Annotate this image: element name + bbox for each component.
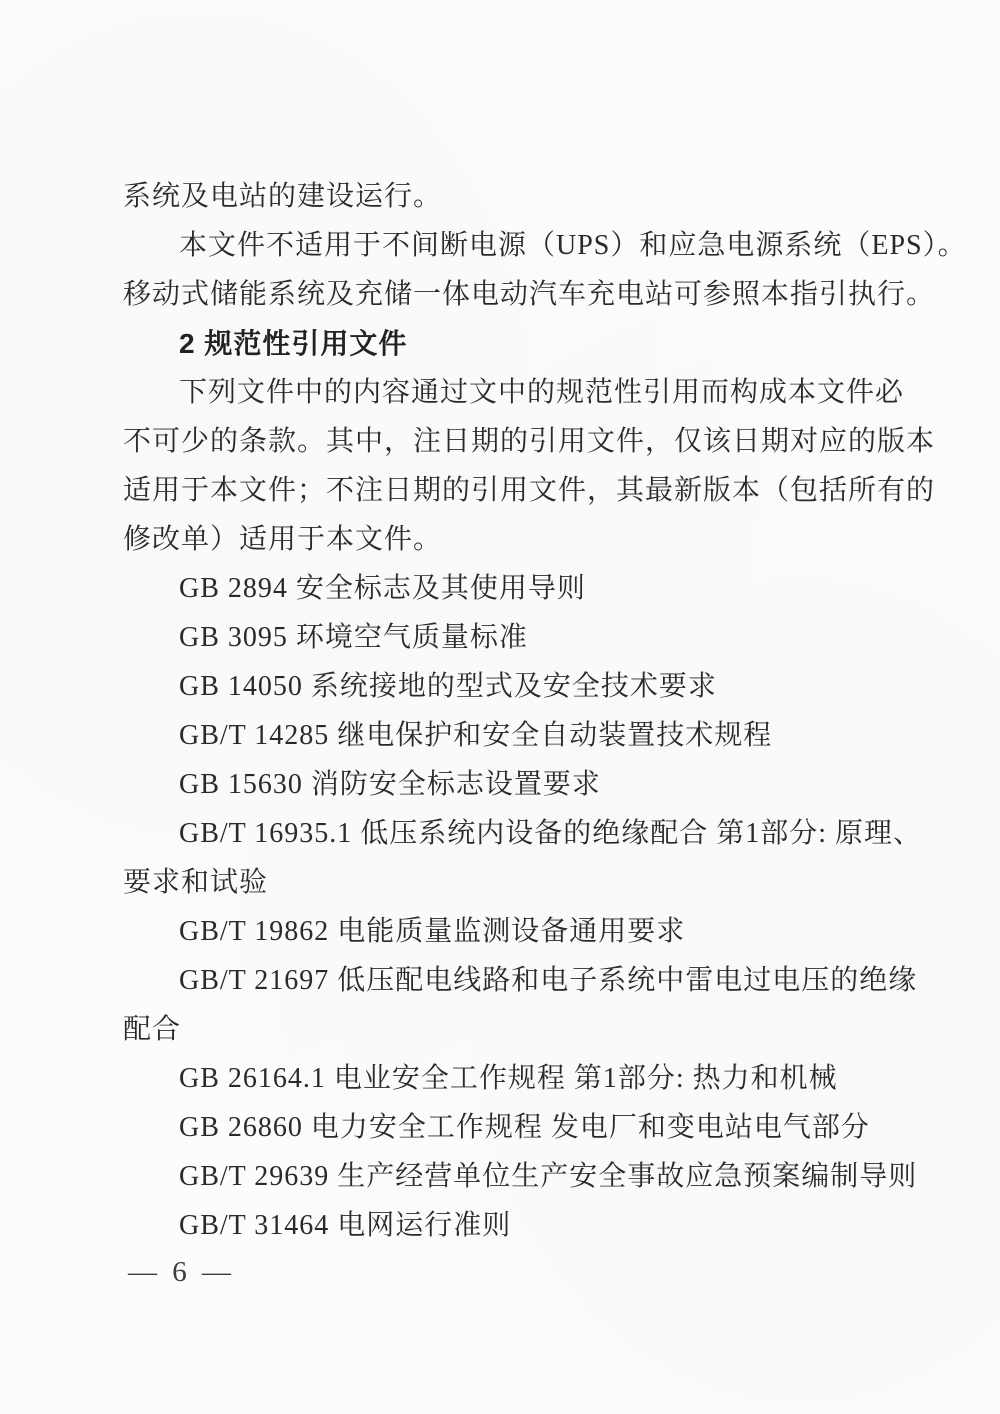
reference-continuation-line: 要求和试验 [123, 858, 882, 907]
reference-line: GB/T 21697 低压配电线路和电子系统中雷电过电压的绝缘 [123, 956, 882, 1005]
page-number: — 6 — [128, 1256, 235, 1289]
reference-continuation-line: 配合 [123, 1005, 882, 1054]
section-intro-line: 修改单）适用于本文件。 [123, 515, 882, 564]
reference-line: GB 26164.1 电业安全工作规程 第1部分: 热力和机械 [123, 1054, 882, 1103]
reference-line: GB/T 29639 生产经营单位生产安全事故应急预案编制导则 [123, 1152, 882, 1201]
reference-line: GB/T 16935.1 低压系统内设备的绝缘配合 第1部分: 原理、 [123, 809, 882, 858]
reference-line: GB 26860 电力安全工作规程 发电厂和变电站电气部分 [123, 1103, 882, 1152]
section-intro-line: 下列文件中的内容通过文中的规范性引用而构成本文件必 [123, 368, 882, 417]
intro-line: 移动式储能系统及充储一体电动汽车充电站可参照本指引执行。 [123, 270, 882, 319]
document-page: 系统及电站的建设运行。 本文件不适用于不间断电源（UPS）和应急电源系统（EPS… [0, 0, 1000, 1414]
reference-line: GB/T 14285 继电保护和安全自动装置技术规程 [123, 711, 882, 760]
reference-line: GB/T 19862 电能质量监测设备通用要求 [123, 907, 882, 956]
section-intro-line: 不可少的条款。其中，注日期的引用文件，仅该日期对应的版本 [123, 417, 882, 466]
reference-line: GB 15630 消防安全标志设置要求 [123, 760, 882, 809]
reference-line: GB 2894 安全标志及其使用导则 [123, 564, 882, 613]
intro-line: 系统及电站的建设运行。 [123, 172, 882, 221]
document-content: 系统及电站的建设运行。 本文件不适用于不间断电源（UPS）和应急电源系统（EPS… [123, 172, 882, 1250]
reference-line: GB 14050 系统接地的型式及安全技术要求 [123, 662, 882, 711]
intro-line: 本文件不适用于不间断电源（UPS）和应急电源系统（EPS）。 [123, 221, 882, 270]
section-intro-line: 适用于本文件；不注日期的引用文件，其最新版本（包括所有的 [123, 466, 882, 515]
section-heading: 2 规范性引用文件 [123, 319, 882, 368]
reference-line: GB/T 31464 电网运行准则 [123, 1201, 882, 1250]
reference-line: GB 3095 环境空气质量标准 [123, 613, 882, 662]
